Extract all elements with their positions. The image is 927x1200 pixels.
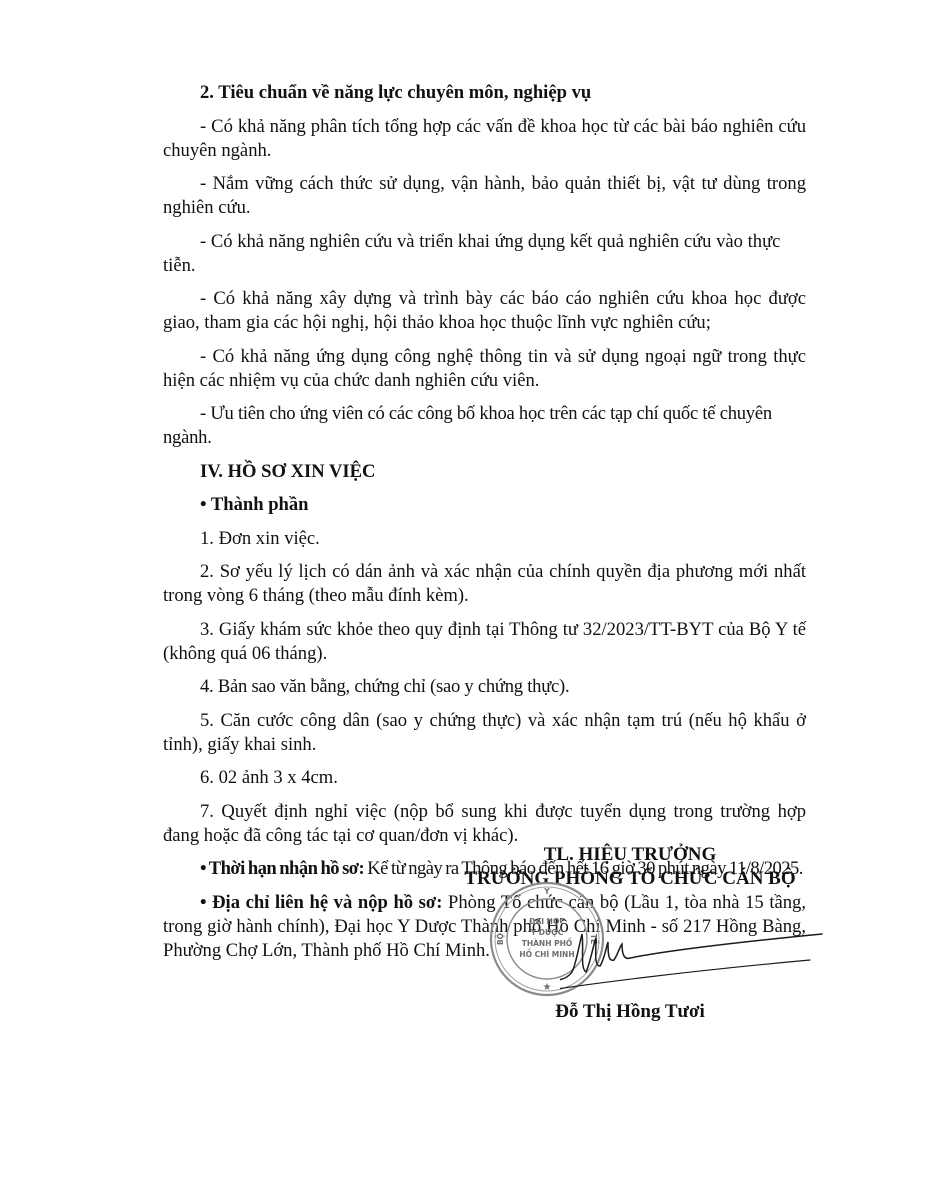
component-item: 5. Căn cước công dân (sao y chứng thực) … xyxy=(163,709,806,757)
document-page: 2. Tiêu chuẩn về năng lực chuyên môn, ng… xyxy=(0,0,927,1200)
requirement-item: - Có khả năng ứng dụng công nghệ thông t… xyxy=(163,345,806,393)
stamp-line: Y DƯỢC xyxy=(530,928,564,937)
stamp-left-text: BỘ xyxy=(496,933,505,945)
requirement-item: - Có khả năng xây dựng và trình bày các … xyxy=(163,287,806,335)
component-item: 7. Quyết định nghỉ việc (nộp bổ sung khi… xyxy=(163,800,806,848)
section-2-heading: 2. Tiêu chuẩn về năng lực chuyên môn, ng… xyxy=(163,81,806,105)
stamp-top-text: Y xyxy=(543,887,550,896)
section-4-heading: IV. HỒ SƠ XIN VIỆC xyxy=(163,460,806,484)
components-heading: • Thành phần xyxy=(163,493,806,517)
address-label: • Địa chỉ liên hệ và nộp hồ sơ: xyxy=(200,892,442,913)
signer-name: Đỗ Thị Hồng Tươi xyxy=(440,1000,820,1024)
requirement-item: - Ưu tiên cho ứng viên có các công bố kh… xyxy=(163,402,806,450)
deadline-label: • Thời hạn nhận hồ sơ: xyxy=(200,858,364,879)
component-item: 4. Bản sao văn bằng, chứng chỉ (sao y ch… xyxy=(163,675,806,699)
requirement-item: - Nắm vững cách thức sử dụng, vận hành, … xyxy=(163,172,806,220)
document-body: 2. Tiêu chuẩn về năng lực chuyên môn, ng… xyxy=(163,81,806,963)
component-item: 6. 02 ảnh 3 x 4cm. xyxy=(163,766,806,790)
component-item: 3. Giấy khám sức khỏe theo quy định tại … xyxy=(163,618,806,666)
component-item: 2. Sơ yếu lý lịch có dán ảnh và xác nhận… xyxy=(163,560,806,608)
stamp-star: ★ xyxy=(543,982,552,993)
handwritten-signature-icon xyxy=(560,920,830,1000)
signature-title-line1: TL. HIỆU TRƯỞNG xyxy=(440,843,820,867)
component-item: 1. Đơn xin việc. xyxy=(163,527,806,551)
requirement-item: - Có khả năng phân tích tổng hợp các vấn… xyxy=(163,115,806,163)
requirement-item: - Có khả năng nghiên cứu và triển khai ứ… xyxy=(163,230,806,278)
